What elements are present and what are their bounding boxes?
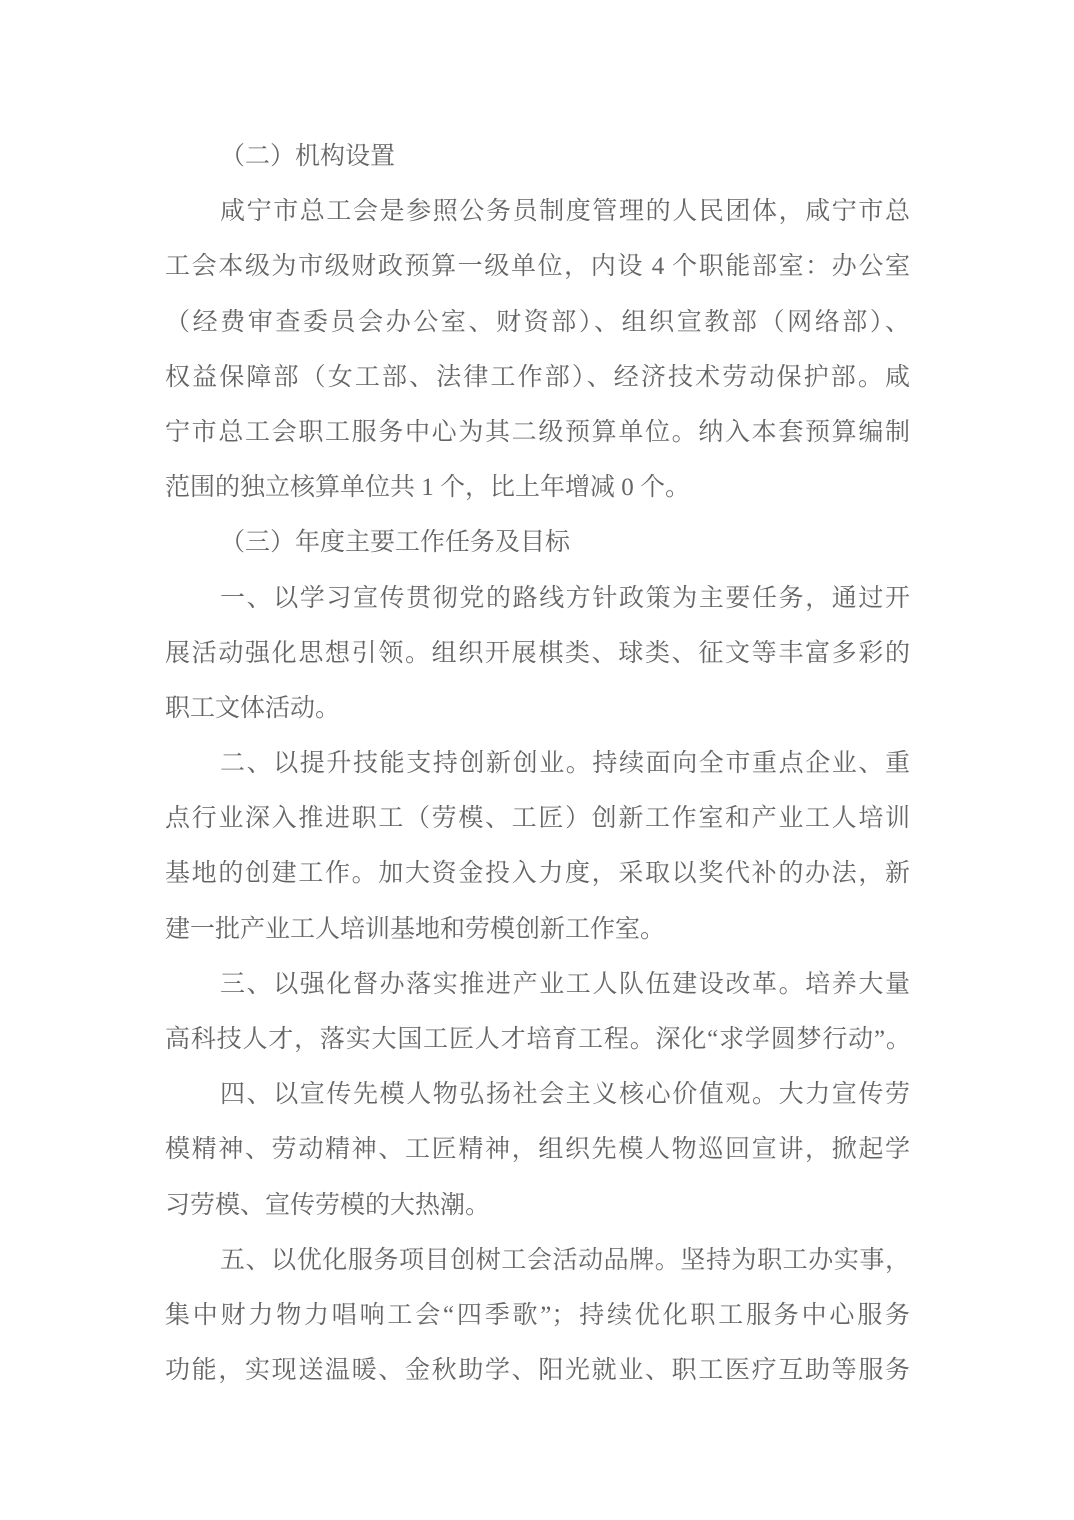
text-line: 职工文体活动。 — [165, 681, 910, 736]
text-line: 宁市总工会职工服务中心为其二级预算单位。纳入本套预算编制 — [165, 405, 910, 460]
text-line: 范围的独立核算单位共 1 个，比上年增减 0 个。 — [165, 460, 910, 515]
text-line: 三、以强化督办落实推进产业工人队伍建设改革。培养大量 — [165, 957, 910, 1012]
document-page: （二）机构设置咸宁市总工会是参照公务员制度管理的人民团体，咸宁市总工会本级为市级… — [0, 0, 1074, 1520]
section-heading: （二）机构设置 — [165, 129, 910, 184]
text-line: 模精神、劳动精神、工匠精神，组织先模人物巡回宣讲，掀起学 — [165, 1122, 910, 1177]
text-line: 功能，实现送温暖、金秋助学、阳光就业、职工医疗互助等服务 — [165, 1343, 910, 1398]
section-heading: （三）年度主要工作任务及目标 — [165, 515, 910, 570]
text-line: 一、以学习宣传贯彻党的路线方针政策为主要任务，通过开 — [165, 571, 910, 626]
text-line: 基地的创建工作。加大资金投入力度，采取以奖代补的办法，新 — [165, 846, 910, 901]
text-line: 点行业深入推进职工（劳模、工匠）创新工作室和产业工人培训 — [165, 791, 910, 846]
text-line: 四、以宣传先模人物弘扬社会主义核心价值观。大力宣传劳 — [165, 1067, 910, 1122]
text-line: 集中财力物力唱响工会“四季歌”；持续优化职工服务中心服务 — [165, 1288, 910, 1343]
document-body: （二）机构设置咸宁市总工会是参照公务员制度管理的人民团体，咸宁市总工会本级为市级… — [165, 129, 910, 1398]
text-line: 工会本级为市级财政预算一级单位，内设 4 个职能部室：办公室 — [165, 239, 910, 294]
text-line: 高科技人才，落实大国工匠人才培育工程。深化“求学圆梦行动”。 — [165, 1012, 910, 1067]
text-line: 咸宁市总工会是参照公务员制度管理的人民团体，咸宁市总 — [165, 184, 910, 239]
text-line: 建一批产业工人培训基地和劳模创新工作室。 — [165, 902, 910, 957]
text-line: 二、以提升技能支持创新创业。持续面向全市重点企业、重 — [165, 736, 910, 791]
text-line: 权益保障部（女工部、法律工作部）、经济技术劳动保护部。咸 — [165, 350, 910, 405]
text-line: 展活动强化思想引领。组织开展棋类、球类、征文等丰富多彩的 — [165, 626, 910, 681]
text-line: 习劳模、宣传劳模的大热潮。 — [165, 1178, 910, 1233]
text-line: 五、以优化服务项目创树工会活动品牌。坚持为职工办实事， — [165, 1233, 910, 1288]
text-line: （经费审查委员会办公室、财资部）、组织宣教部（网络部）、 — [165, 295, 910, 350]
